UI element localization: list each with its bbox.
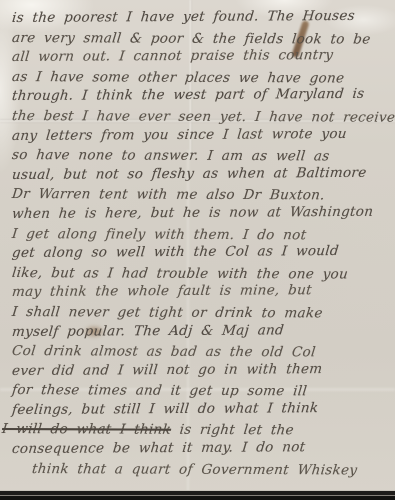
letter-line: is the poorest I have yet found. The Hou… <box>11 9 395 29</box>
letter-line: consequence be what it may. I do not <box>11 438 395 460</box>
letter-line: all worn out. I cannot praise this count… <box>11 46 395 68</box>
letter-line: when he is here, but he is now at Washin… <box>11 203 395 225</box>
letter-line: usual, but not so fleshy as when at Balt… <box>11 163 395 185</box>
letter-line: may think the whole fault is mine, but <box>11 281 395 303</box>
letter-body: is the poorest I have yet found. The Hou… <box>0 9 395 491</box>
letter-line: through. I think the west part of Maryla… <box>11 85 395 107</box>
letter-line: feelings, but still I will do what I thi… <box>11 399 395 421</box>
letter-line: ever did and I will not go in with them <box>11 359 395 381</box>
paper-bottom-edge <box>0 490 395 500</box>
strikethrough-text: I will do what I think <box>1 421 172 438</box>
letter-line: any letters from you since I last wrote … <box>11 124 395 146</box>
letter-line: think that a quart of Government Whiskey <box>31 460 395 481</box>
letter-line: myself popular. The Adj & Maj and <box>11 320 395 342</box>
letter-line: get along so well with the Col as I woul… <box>11 242 395 264</box>
letter-page: is the poorest I have yet found. The Hou… <box>0 0 395 500</box>
